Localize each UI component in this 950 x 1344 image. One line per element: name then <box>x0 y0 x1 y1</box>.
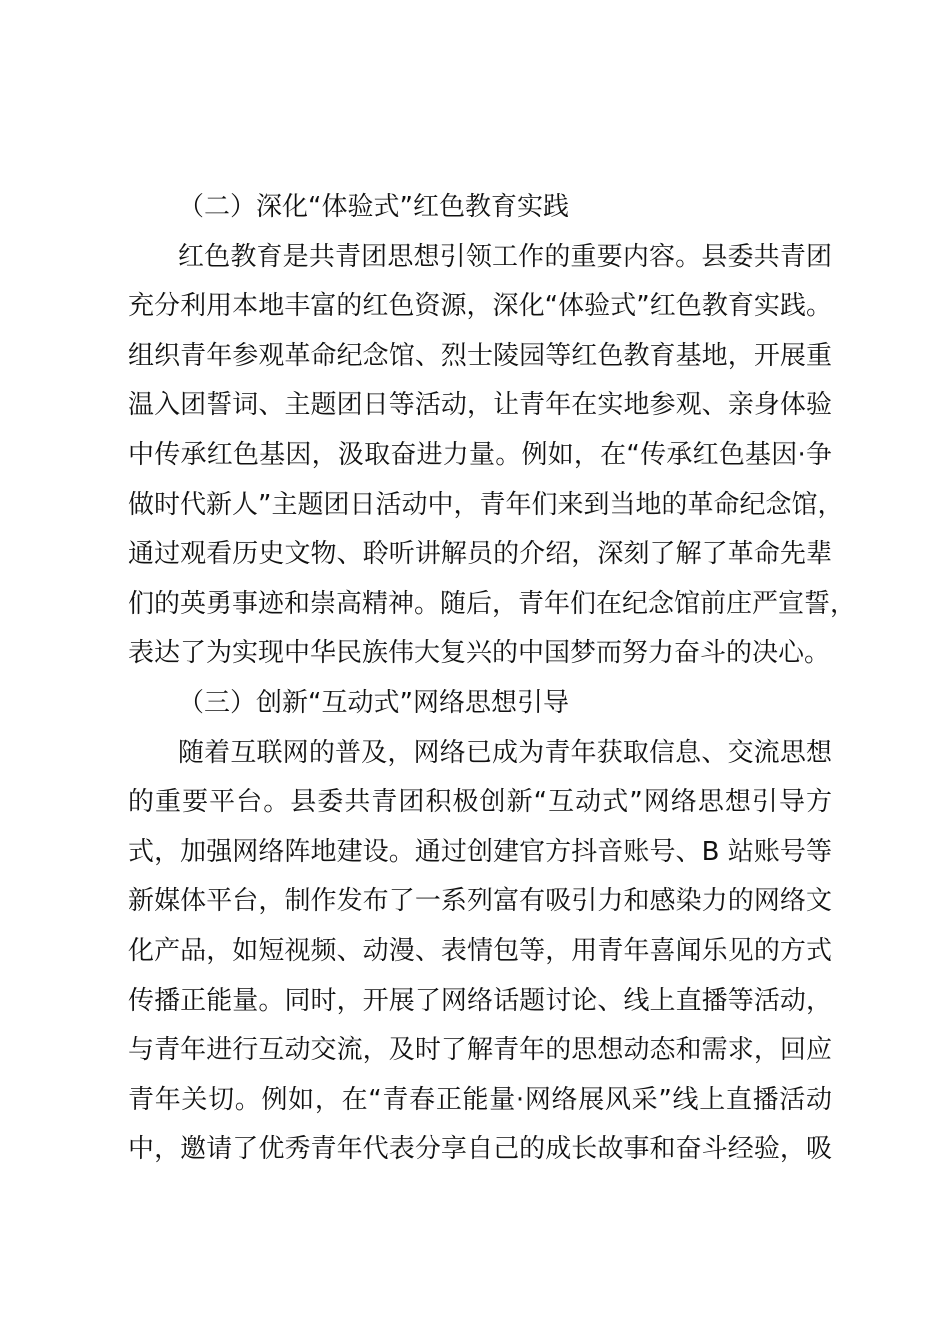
paragraph-line: 的重要平台。县委共青团积极创新“互动式”网络思想引导方 <box>128 778 832 828</box>
paragraph-line: 表达了为实现中华民族伟大复兴的中国梦而努力奋斗的决心。 <box>128 629 832 679</box>
paragraph-line: 传播正能量。同时，开展了网络话题讨论、线上直播等活动， <box>128 977 832 1027</box>
paragraph-line: 做时代新人”主题团日活动中，青年们来到当地的革命纪念馆， <box>128 481 832 531</box>
paragraph-line: 组织青年参观革命纪念馆、烈士陵园等红色教育基地，开展重 <box>128 332 832 382</box>
paragraph-line: 温入团誓词、主题团日等活动，让青年在实地参观、亲身体验 <box>128 381 832 431</box>
paragraph-line: 中，邀请了优秀青年代表分享自己的成长故事和奋斗经验，吸 <box>128 1125 832 1175</box>
paragraph-line: 新媒体平台，制作发布了一系列富有吸引力和感染力的网络文 <box>128 877 832 927</box>
paragraph-line: 中传承红色基因，汲取奋进力量。例如，在“传承红色基因·争 <box>128 431 832 481</box>
section-heading-2: （二）深化“体验式”红色教育实践 <box>128 183 832 233</box>
section-heading-3: （三）创新“互动式”网络思想引导 <box>128 679 832 729</box>
paragraph-line: 红色教育是共青团思想引领工作的重要内容。县委共青团 <box>128 233 832 283</box>
paragraph-line: 通过观看历史文物、聆听讲解员的介绍，深刻了解了革命先辈 <box>128 530 832 580</box>
paragraph-line: 式，加强网络阵地建设。通过创建官方抖音账号、B 站账号等 <box>128 828 832 878</box>
paragraph-line: 充分利用本地丰富的红色资源，深化“体验式”红色教育实践。 <box>128 282 832 332</box>
paragraph-line: 化产品，如短视频、动漫、表情包等，用青年喜闻乐见的方式 <box>128 927 832 977</box>
paragraph-line: 与青年进行互动交流，及时了解青年的思想动态和需求，回应 <box>128 1026 832 1076</box>
paragraph-line: 青年关切。例如，在“青春正能量·网络展风采”线上直播活动 <box>128 1076 832 1126</box>
document-body: （二）深化“体验式”红色教育实践 红色教育是共青团思想引领工作的重要内容。县委共… <box>128 183 832 1175</box>
paragraph-line: 们的英勇事迹和崇高精神。随后，青年们在纪念馆前庄严宣誓， <box>128 580 832 630</box>
document-page: （二）深化“体验式”红色教育实践 红色教育是共青团思想引领工作的重要内容。县委共… <box>0 0 950 1344</box>
paragraph-line: 随着互联网的普及，网络已成为青年获取信息、交流思想 <box>128 729 832 779</box>
